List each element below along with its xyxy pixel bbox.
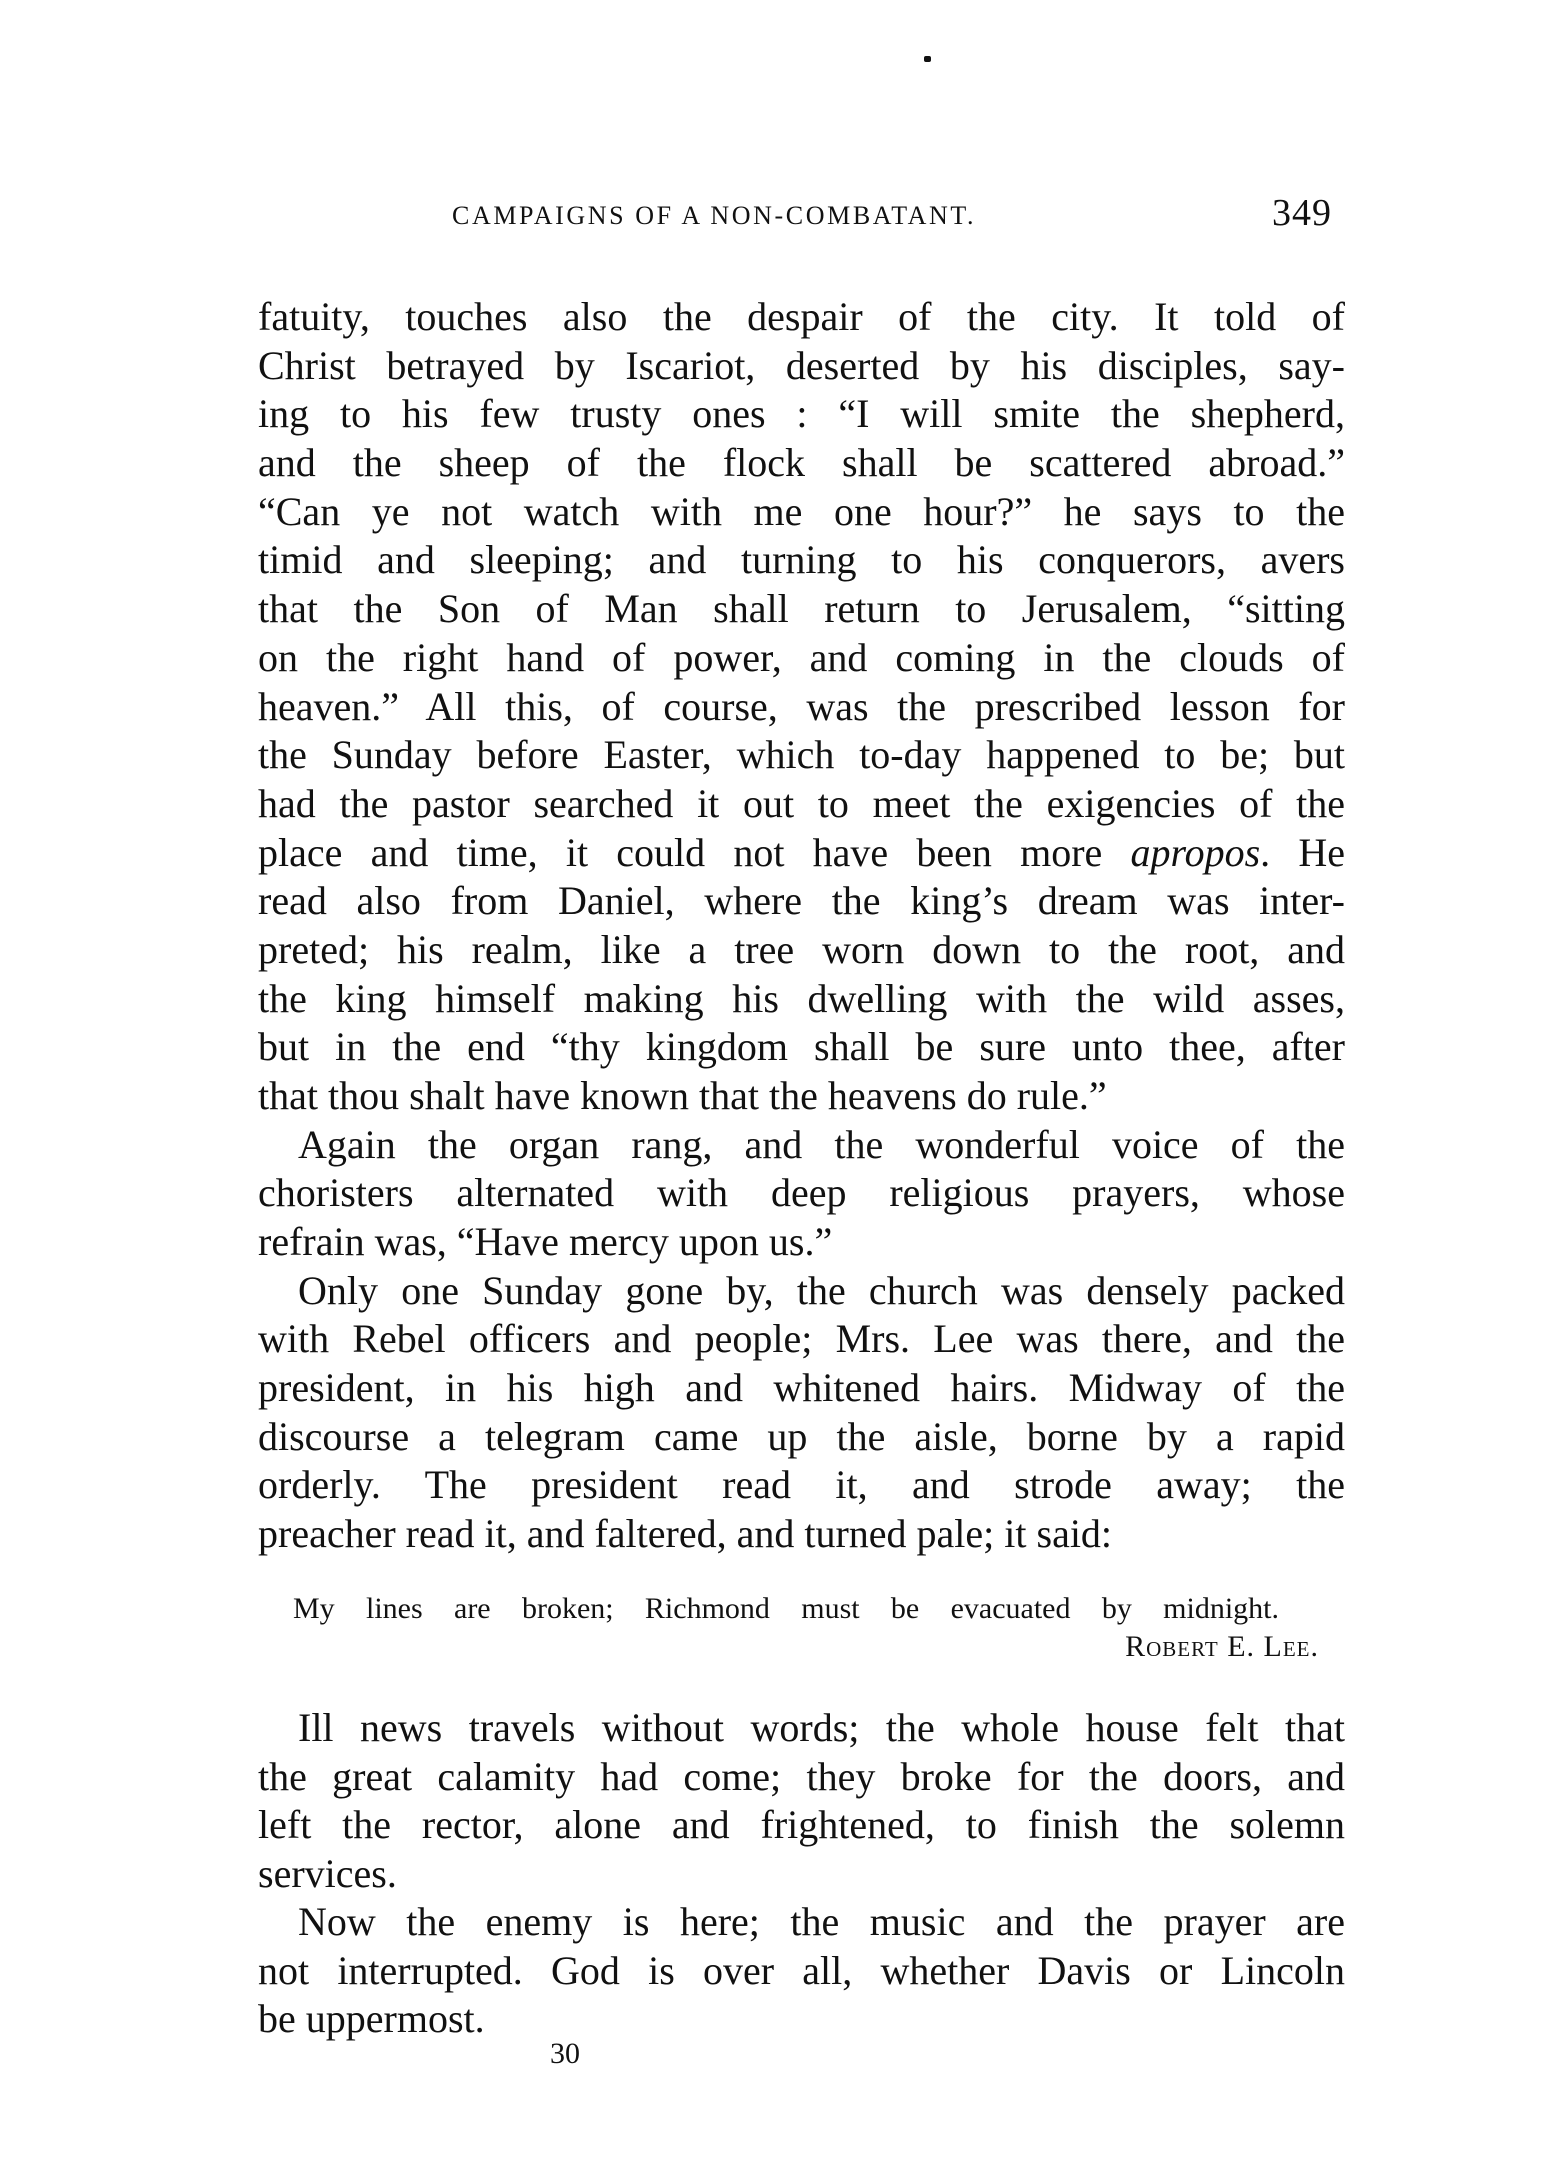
text-line: read also from Daniel, where the king’s … (258, 877, 1345, 925)
page-number: 349 (1272, 190, 1332, 236)
text-line: “Can ye not watch with me one hour?” he … (258, 488, 1345, 536)
book-page: Campaigns of a Non-Combatant. 349 fatuit… (0, 0, 1564, 2181)
text-line: timid and sleeping; and turning to his c… (258, 536, 1345, 584)
text-line: on the right hand of power, and coming i… (258, 634, 1345, 682)
text-fragment: place and time, it could not have been m… (258, 830, 1102, 875)
text-line: but in the end “thy kingdom shall be sur… (258, 1023, 1345, 1071)
telegram-message: My lines are broken; Richmond must be ev… (293, 1590, 1279, 1628)
text-line: with Rebel officers and people; Mrs. Lee… (258, 1315, 1345, 1363)
text-line: choristers alternated with deep religiou… (258, 1169, 1345, 1217)
text-line: left the rector, alone and frightened, t… (258, 1801, 1345, 1849)
text-line: the king himself making his dwelling wit… (258, 975, 1345, 1023)
text-line: and the sheep of the flock shall be scat… (258, 439, 1345, 487)
text-line: that thou shalt have known that the heav… (258, 1072, 1345, 1120)
text-line: refrain was, “Have mercy upon us.” (258, 1218, 1345, 1266)
text-line: services. (258, 1850, 1345, 1898)
text-line: Christ betrayed by Iscariot, deserted by… (258, 342, 1345, 390)
text-line: place and time, it could not have been m… (258, 829, 1345, 877)
text-line: not interrupted. God is over all, whethe… (258, 1947, 1345, 1995)
text-line: that the Son of Man shall return to Jeru… (258, 585, 1345, 633)
running-title: Campaigns of a Non-Combatant. (452, 196, 1142, 236)
text-line: had the pastor searched it out to meet t… (258, 780, 1345, 828)
text-line: heaven.” All this, of course, was the pr… (258, 683, 1345, 731)
italic-word: apropos (1131, 830, 1261, 875)
text-line: preted; his realm, like a tree worn down… (258, 926, 1345, 974)
printer-signature-mark: 30 (550, 2034, 580, 2074)
text-line: fatuity, touches also the despair of the… (258, 293, 1345, 341)
text-line: Again the organ rang, and the wonderful … (298, 1121, 1345, 1169)
signature-name: Robert E. Lee. (1125, 1630, 1319, 1663)
text-line: president, in his high and whitened hair… (258, 1364, 1345, 1412)
text-line: Only one Sunday gone by, the church was … (298, 1267, 1345, 1315)
text-line: the Sunday before Easter, which to-day h… (258, 731, 1345, 779)
text-line: ing to his few trusty ones : “I will smi… (258, 390, 1345, 438)
text-line: discourse a telegram came up the aisle, … (258, 1413, 1345, 1461)
text-fragment: . He (1260, 830, 1345, 875)
text-line: the great calamity had come; they broke … (258, 1753, 1345, 1801)
text-line: be uppermost. (258, 1995, 1345, 2043)
text-line: Ill news travels without words; the whol… (298, 1704, 1345, 1752)
telegram-signature: Robert E. Lee. (1047, 1628, 1319, 1666)
text-line: preacher read it, and faltered, and turn… (258, 1510, 1345, 1558)
print-speck (924, 56, 931, 62)
text-line: Now the enemy is here; the music and the… (298, 1898, 1345, 1946)
text-line: orderly. The president read it, and stro… (258, 1461, 1345, 1509)
